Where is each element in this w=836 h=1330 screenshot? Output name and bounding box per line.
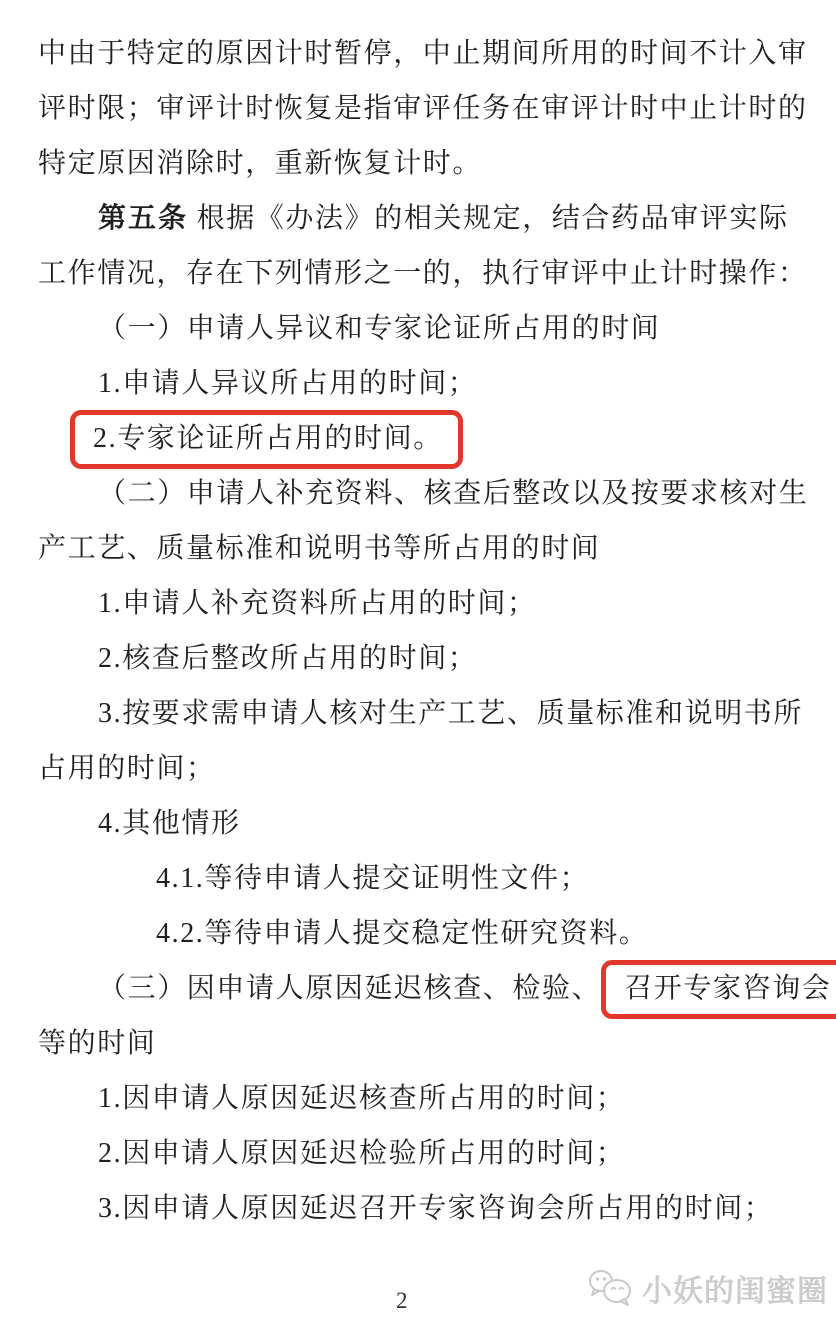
text-line: 评时限；审评计时恢复是指审评任务在审评计时中止计时的 [38,81,802,136]
text-line: 2.专家论证所占用的时间。 [38,411,802,466]
text-line: 1.申请人异议所占用的时间； [38,356,802,411]
text-segment: 3.因申请人原因延迟召开专家咨询会所占用的时间； [98,1193,773,1224]
text-segment: （二）申请人补充资料、核查后整改以及按要求核对生 [98,478,808,509]
text-segment: 3.按要求需申请人核对生产工艺、质量标准和说明书所 [98,698,803,729]
watermark-text: 小妖的闺蜜圈 [642,1266,828,1310]
text-line: （一）申请人异议和专家论证所占用的时间 [38,301,802,356]
text-line: 等的时间 [38,1016,802,1071]
text-line: 2.因申请人原因延迟检验所占用的时间； [38,1126,802,1181]
text-line: 第五条 根据《办法》的相关规定，结合药品审评实际 [38,191,802,246]
watermark: 小妖的闺蜜圈 [587,1266,828,1310]
text-line: 1.申请人补充资料所占用的时间； [38,576,802,631]
text-line: （三）因申请人原因延迟核查、检验、召开专家咨询会 [38,961,802,1016]
text-segment: （一）申请人异议和专家论证所占用的时间 [98,313,660,344]
text-segment: （三）因申请人原因延迟核查、检验、 [98,973,601,1004]
text-segment: 产工艺、质量标准和说明书等所占用的时间 [38,533,600,564]
text-segment: 1.因申请人原因延迟核查所占用的时间； [98,1083,625,1114]
text-line: 3.因申请人原因延迟召开专家咨询会所占用的时间； [38,1181,802,1236]
text-segment: 4.1.等待申请人提交证明性文件； [156,863,589,894]
article-number: 第五条 [98,203,188,234]
text-segment: 评时限；审评计时恢复是指审评任务在审评计时中止计时的 [38,93,808,124]
text-line: 2.核查后整改所占用的时间； [38,631,802,686]
text-segment: 2.因申请人原因延迟检验所占用的时间； [98,1138,625,1169]
text-segment: 2.核查后整改所占用的时间； [98,643,477,674]
document-page: 中由于特定的原因计时暂停，中止期间所用的时间不计入审评时限；审评计时恢复是指审评… [0,0,836,1330]
text-line: 占用的时间； [38,741,802,796]
text-line: 4.1.等待申请人提交证明性文件； [38,851,802,906]
text-segment: 占用的时间； [38,753,216,784]
text-segment: 等的时间 [38,1028,156,1059]
text-line: 4.2.等待申请人提交稳定性研究资料。 [38,906,802,961]
page-number: 2 [396,1288,408,1314]
text-segment: 4.其他情形 [98,808,241,839]
text-line: 中由于特定的原因计时暂停，中止期间所用的时间不计入审 [38,26,802,81]
text-line: 特定原因消除时，重新恢复计时。 [38,136,802,191]
text-line: 1.因申请人原因延迟核查所占用的时间； [38,1071,802,1126]
text-line: 产工艺、质量标准和说明书等所占用的时间 [38,521,802,576]
text-segment: 4.2.等待申请人提交稳定性研究资料。 [156,918,648,949]
text-line: （二）申请人补充资料、核查后整改以及按要求核对生 [38,466,802,521]
text-line: 4.其他情形 [38,796,802,851]
text-segment: 特定原因消除时，重新恢复计时。 [38,148,482,179]
text-segment: 1.申请人补充资料所占用的时间； [98,588,537,619]
chat-bubbles-icon [587,1268,635,1308]
document-body: 中由于特定的原因计时暂停，中止期间所用的时间不计入审评时限；审评计时恢复是指审评… [38,26,802,1236]
text-segment: 1.申请人异议所占用的时间； [98,368,477,399]
highlight-box: 召开专家咨询会 [601,960,836,1019]
text-segment: 工作情况，存在下列情形之一的，执行审评中止计时操作： [38,258,808,289]
highlight-box: 2.专家论证所占用的时间。 [70,410,463,469]
text-line: 工作情况，存在下列情形之一的，执行审评中止计时操作： [38,246,802,301]
text-line: 3.按要求需申请人核对生产工艺、质量标准和说明书所 [38,686,802,741]
text-segment: 根据《办法》的相关规定，结合药品审评实际 [188,203,789,234]
text-segment: 中由于特定的原因计时暂停，中止期间所用的时间不计入审 [38,38,808,69]
